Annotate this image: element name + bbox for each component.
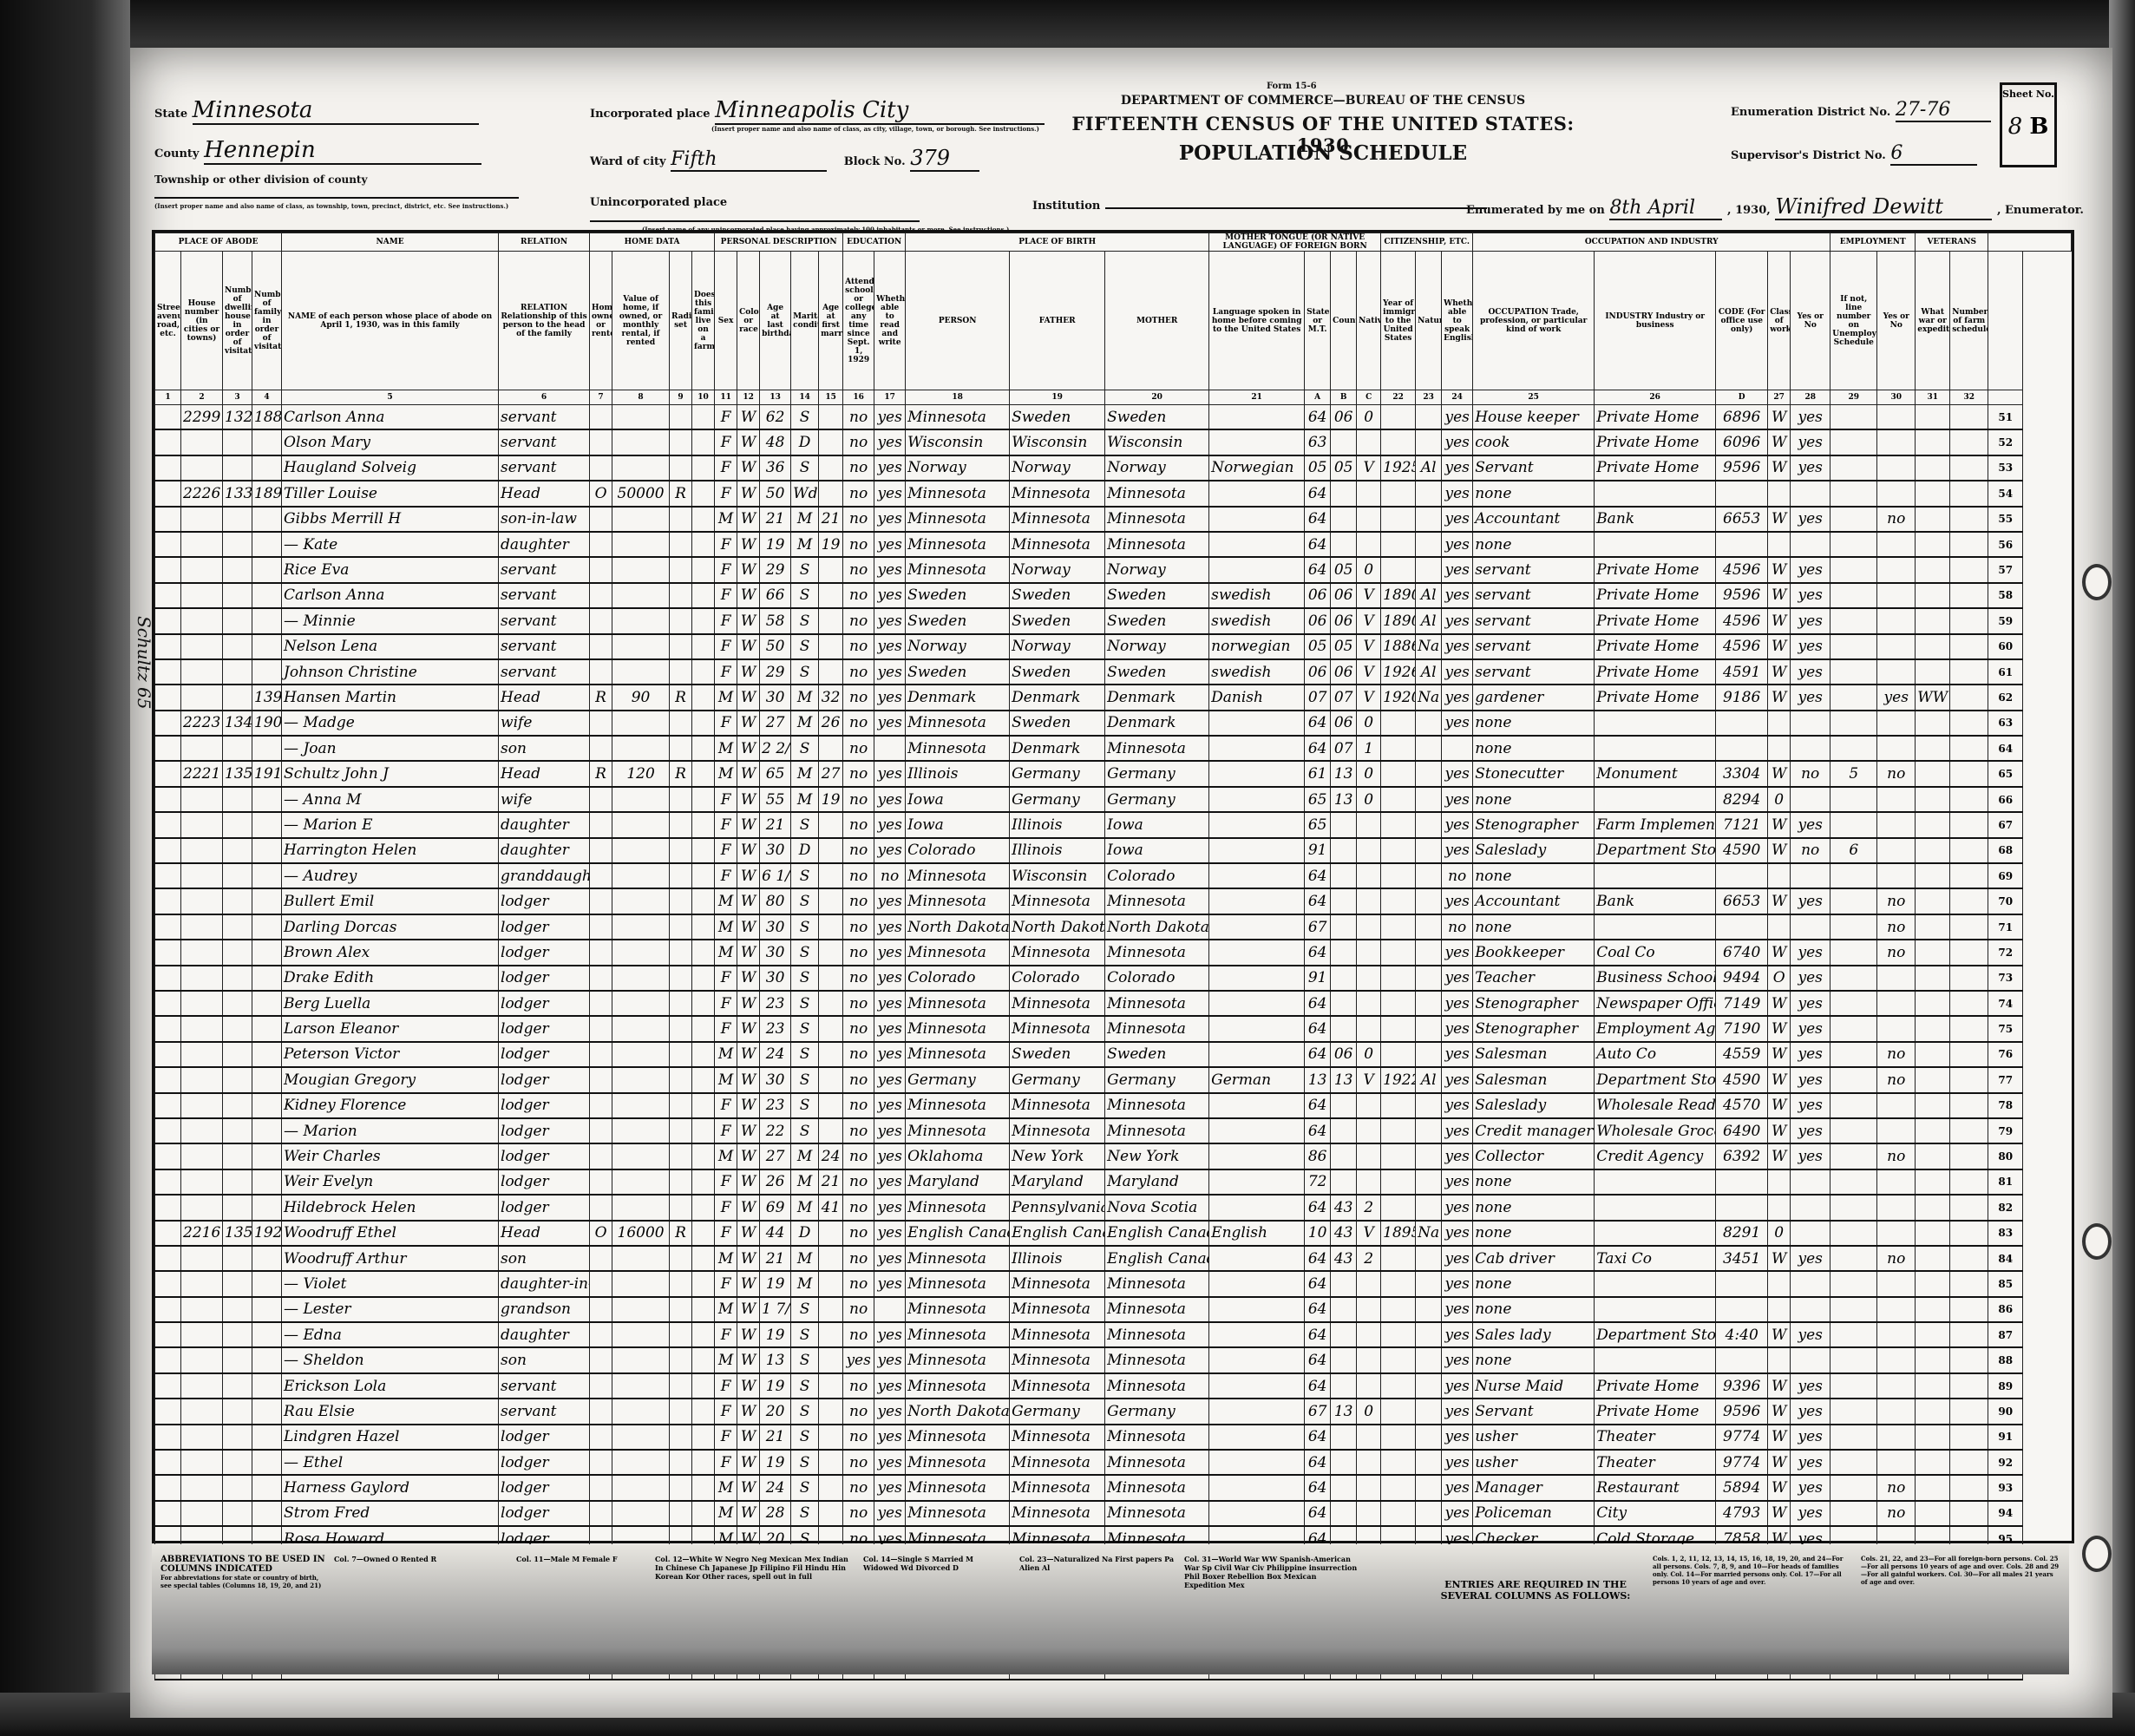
cell-value	[612, 1067, 670, 1092]
cell-code: 6740	[1716, 940, 1768, 965]
cell-emp	[1791, 1297, 1830, 1322]
cell-immig	[1381, 787, 1416, 812]
cell-eng: yes	[1442, 1322, 1473, 1347]
cell-bp-m: Colorado	[1105, 966, 1209, 991]
column-header: Whether able to speak English	[1442, 252, 1473, 390]
cell-farm	[692, 1450, 715, 1475]
cell-immig	[1381, 711, 1416, 736]
cell-read: yes	[874, 838, 906, 863]
cell-race: W	[737, 736, 760, 761]
cell-ind	[1595, 914, 1716, 940]
cell-read	[874, 736, 906, 761]
cell-lang	[1209, 1016, 1305, 1041]
cell-relation: lodger	[499, 940, 590, 965]
cell-radio	[670, 991, 692, 1016]
department-title: DEPARTMENT OF COMMERCE—BUREAU OF THE CEN…	[1080, 94, 1566, 108]
cell-lang	[1209, 1322, 1305, 1347]
cell-age-marr: 32	[819, 685, 843, 710]
cell-school: no	[843, 583, 874, 608]
cell-radio	[670, 1042, 692, 1067]
cell-emp	[1791, 1195, 1830, 1220]
cell-cc	[1357, 914, 1381, 940]
cell-school: no	[843, 1067, 874, 1092]
cell-farm	[692, 1501, 715, 1526]
column-header: Country	[1331, 252, 1357, 390]
cell-radio	[670, 1501, 692, 1526]
cell-relation: lodger	[499, 1118, 590, 1143]
cell-cc	[1357, 1297, 1381, 1322]
cell-bp: Minnesota	[906, 1347, 1010, 1372]
sheet-side: B	[2029, 114, 2048, 140]
cell-street	[155, 1221, 181, 1246]
cell-war	[1916, 1475, 1950, 1500]
cell-school: no	[843, 1143, 874, 1169]
cell-bp-m: English Canada	[1105, 1246, 1209, 1271]
cell-ind	[1595, 787, 1716, 812]
cell-ca: 64	[1305, 863, 1331, 888]
cell-race: W	[737, 1425, 760, 1450]
cell-value	[612, 1016, 670, 1041]
cell-bp: Minnesota	[906, 507, 1010, 532]
cell-cc: V	[1357, 634, 1381, 659]
cell-sex: F	[715, 1399, 737, 1424]
cell-code: 8291	[1716, 1221, 1768, 1246]
cell-family	[252, 1297, 282, 1322]
cell-sex: M	[715, 888, 737, 914]
cell-emp: yes	[1791, 812, 1830, 837]
cell-age: 23	[760, 991, 791, 1016]
cell-marital: S	[791, 1016, 819, 1041]
cell-race: W	[737, 1322, 760, 1347]
cell-value	[612, 1322, 670, 1347]
cell-ind	[1595, 1195, 1716, 1220]
cell-cc: V	[1357, 1221, 1381, 1246]
line-number: 56	[1988, 532, 2023, 557]
cell-nat	[1416, 863, 1442, 888]
cell-radio	[670, 583, 692, 608]
cell-bp-m: Sweden	[1105, 583, 1209, 608]
cell-radio	[670, 888, 692, 914]
cell-name: Weir Charles	[282, 1143, 499, 1169]
cell-value	[612, 940, 670, 965]
cell-sex: F	[715, 429, 737, 455]
cell-dwelling	[223, 1016, 252, 1041]
cell-radio	[670, 608, 692, 633]
cell-street	[155, 557, 181, 582]
cell-race: W	[737, 940, 760, 965]
cell-bp-m: Minnesota	[1105, 1475, 1209, 1500]
cell-cc: V	[1357, 659, 1381, 685]
cell-read: yes	[874, 1450, 906, 1475]
cell-marital: M	[791, 532, 819, 557]
cell-read	[874, 1297, 906, 1322]
cell-relation: servant	[499, 659, 590, 685]
cell-ind: Private Home	[1595, 429, 1716, 455]
cell-own	[590, 991, 612, 1016]
cell-name: Tiller Louise	[282, 481, 499, 506]
cell-occ: House keeper	[1473, 405, 1595, 430]
cell-ca: 91	[1305, 966, 1331, 991]
abbrev-title: ABBREVIATIONS TO BE USED IN COLUMNS INDI…	[160, 1555, 325, 1574]
cell-ca: 05	[1305, 634, 1331, 659]
cell-family	[252, 1425, 282, 1450]
cell-marital: S	[791, 1118, 819, 1143]
cell-read: yes	[874, 608, 906, 633]
cell-cls: W	[1768, 1067, 1791, 1092]
cell-age: 19	[760, 1373, 791, 1399]
cell-nat	[1416, 1195, 1442, 1220]
cell-bp-f: English Canada	[1010, 1221, 1105, 1246]
cell-radio	[670, 1297, 692, 1322]
cell-cls: W	[1768, 1143, 1791, 1169]
cell-farm	[692, 888, 715, 914]
cell-street	[155, 1118, 181, 1143]
cell-code	[1716, 736, 1768, 761]
cell-bp-f: Germany	[1010, 787, 1105, 812]
cell-bp-m: Minnesota	[1105, 940, 1209, 965]
county-value: Hennepin	[204, 137, 481, 165]
cell-eng: no	[1442, 914, 1473, 940]
cell-sex: F	[715, 405, 737, 430]
cell-sex: F	[715, 1373, 737, 1399]
cell-lang: English	[1209, 1221, 1305, 1246]
cell-vet	[1877, 736, 1916, 761]
cell-house	[181, 966, 223, 991]
cell-radio	[670, 405, 692, 430]
cell-occ: Salesman	[1473, 1042, 1595, 1067]
table-row: Olson MaryservantFW48DnoyesWisconsinWisc…	[155, 429, 2072, 455]
cell-street	[155, 1322, 181, 1347]
cell-nat: Al	[1416, 608, 1442, 633]
cell-vet: no	[1877, 940, 1916, 965]
cell-age: 21	[760, 1246, 791, 1271]
column-header: Color or race	[737, 252, 760, 390]
cell-vet	[1877, 1347, 1916, 1372]
column-number: 26	[1595, 390, 1716, 405]
column-header: Class of worker	[1768, 252, 1791, 390]
cell-bp-f: Wisconsin	[1010, 429, 1105, 455]
enumerator-name: Winifred Dewitt	[1775, 194, 1992, 220]
cell-read: yes	[874, 1425, 906, 1450]
cell-cls	[1768, 736, 1791, 761]
cell-eng: yes	[1442, 1093, 1473, 1118]
cell-ind	[1595, 1169, 1716, 1195]
cell-sex: F	[715, 634, 737, 659]
cell-lang	[1209, 1399, 1305, 1424]
cell-occ: Nurse Maid	[1473, 1373, 1595, 1399]
cell-family	[252, 1347, 282, 1372]
cell-sex: M	[715, 1246, 737, 1271]
cell-war	[1916, 736, 1950, 761]
cell-radio	[670, 1195, 692, 1220]
entries-a: Cols. 1, 2, 11, 12, 13, 14, 15, 16, 18, …	[1653, 1555, 1852, 1586]
cell-cc	[1357, 863, 1381, 888]
cell-race: W	[737, 532, 760, 557]
table-row: Mougian GregorylodgerMW30SnoyesGermanyGe…	[155, 1067, 2072, 1092]
cell-ca: 64	[1305, 1271, 1331, 1296]
cell-vet	[1877, 787, 1916, 812]
cell-cc: 0	[1357, 557, 1381, 582]
cell-eng: yes	[1442, 787, 1473, 812]
cell-vet	[1877, 659, 1916, 685]
cell-vet: no	[1877, 914, 1916, 940]
cell-farm	[692, 711, 715, 736]
line-number: 94	[1988, 1501, 2023, 1526]
cell-house	[181, 787, 223, 812]
cell-occ: Policeman	[1473, 1501, 1595, 1526]
cell-cc: 0	[1357, 711, 1381, 736]
cell-age-marr	[819, 583, 843, 608]
cell-school: no	[843, 608, 874, 633]
cell-bp: English Canada	[906, 1221, 1010, 1246]
line-number: 74	[1988, 991, 2023, 1016]
cell-value	[612, 405, 670, 430]
cell-occ: Bookkeeper	[1473, 940, 1595, 965]
cell-bp-m: Minnesota	[1105, 1425, 1209, 1450]
cell-unemp	[1830, 455, 1877, 481]
table-row: — AudreygranddaughterFW6 1/2SnonoMinneso…	[155, 863, 2072, 888]
cell-own	[590, 940, 612, 965]
cell-own	[590, 1195, 612, 1220]
cell-own	[590, 1016, 612, 1041]
cell-lang	[1209, 838, 1305, 863]
cell-occ: none	[1473, 736, 1595, 761]
cell-nat	[1416, 1093, 1442, 1118]
cell-age: 29	[760, 659, 791, 685]
cell-value	[612, 557, 670, 582]
cell-read: yes	[874, 1016, 906, 1041]
cell-school: no	[843, 736, 874, 761]
cell-farmno	[1950, 608, 1988, 633]
cell-farmno	[1950, 1169, 1988, 1195]
cell-age-marr	[819, 1475, 843, 1500]
line-number: 79	[1988, 1118, 2023, 1143]
cell-war	[1916, 1271, 1950, 1296]
cell-house	[181, 1450, 223, 1475]
cell-cb	[1331, 532, 1357, 557]
cell-bp-m: Minnesota	[1105, 1322, 1209, 1347]
cell-cb: 05	[1331, 634, 1357, 659]
cell-sex: F	[715, 1169, 737, 1195]
cell-occ: Cab driver	[1473, 1246, 1595, 1271]
cell-age-marr	[819, 429, 843, 455]
cell-occ: Stenographer	[1473, 1016, 1595, 1041]
cell-school: no	[843, 1016, 874, 1041]
cell-bp-m: Minnesota	[1105, 991, 1209, 1016]
cell-lang	[1209, 1475, 1305, 1500]
cell-marital: M	[791, 711, 819, 736]
cell-vet	[1877, 1271, 1916, 1296]
table-row: Harness GaylordlodgerMW24SnoyesMinnesota…	[155, 1475, 2072, 1500]
cell-family	[252, 608, 282, 633]
column-number: 28	[1791, 390, 1830, 405]
cell-house: 2299	[181, 405, 223, 430]
cell-own	[590, 966, 612, 991]
column-number: 15	[819, 390, 843, 405]
cell-house	[181, 1347, 223, 1372]
cell-family	[252, 1475, 282, 1500]
table-row: Larson EleanorlodgerFW23SnoyesMinnesotaM…	[155, 1016, 2072, 1041]
cell-marital: S	[791, 812, 819, 837]
cell-radio	[670, 1016, 692, 1041]
cell-ind: Business School	[1595, 966, 1716, 991]
cell-sex: F	[715, 557, 737, 582]
cell-vet: yes	[1877, 685, 1916, 710]
cell-unemp	[1830, 1322, 1877, 1347]
column-group-header: EMPLOYMENT	[1830, 233, 1916, 252]
incorporated-value: Minneapolis City	[715, 97, 1045, 125]
cell-street	[155, 991, 181, 1016]
cell-street	[155, 1143, 181, 1169]
cell-street	[155, 429, 181, 455]
cell-age-marr: 19	[819, 532, 843, 557]
cell-lang	[1209, 1143, 1305, 1169]
cell-marital: S	[791, 888, 819, 914]
cell-unemp	[1830, 940, 1877, 965]
cell-emp: yes	[1791, 966, 1830, 991]
cell-race: W	[737, 1221, 760, 1246]
cell-cc	[1357, 1271, 1381, 1296]
cell-cls: W	[1768, 1475, 1791, 1500]
cell-ind	[1595, 481, 1716, 506]
cell-ca: 64	[1305, 888, 1331, 914]
column-header: INDUSTRY Industry or business	[1595, 252, 1716, 390]
cell-ca: 64	[1305, 557, 1331, 582]
table-row: Johnson ChristineservantFW29SnoyesSweden…	[155, 659, 2072, 685]
cell-read: yes	[874, 1271, 906, 1296]
cell-cls: W	[1768, 1373, 1791, 1399]
cell-cb: 05	[1331, 455, 1357, 481]
cell-cls: W	[1768, 1042, 1791, 1067]
cell-sex: F	[715, 838, 737, 863]
cell-age: 48	[760, 429, 791, 455]
cell-immig	[1381, 1042, 1416, 1067]
cell-own	[590, 583, 612, 608]
col11-key: Col. 11—Male M Female F	[516, 1555, 646, 1563]
cell-lang	[1209, 1169, 1305, 1195]
cell-cb	[1331, 1297, 1357, 1322]
cell-street	[155, 1246, 181, 1271]
cell-war	[1916, 991, 1950, 1016]
cell-family	[252, 1450, 282, 1475]
cell-cc: V	[1357, 455, 1381, 481]
cell-unemp	[1830, 583, 1877, 608]
cell-emp	[1791, 1347, 1830, 1372]
cell-house	[181, 608, 223, 633]
cell-bp-f: Minnesota	[1010, 481, 1105, 506]
cell-immig: 1890	[1381, 583, 1416, 608]
table-row: — EdnadaughterFW19SnoyesMinnesotaMinneso…	[155, 1322, 2072, 1347]
cell-name: Bullert Emil	[282, 888, 499, 914]
cell-school: no	[843, 481, 874, 506]
column-header: Number of family in order of visitation	[252, 252, 282, 390]
cell-cc	[1357, 481, 1381, 506]
cell-farm	[692, 1118, 715, 1143]
cell-farmno	[1950, 888, 1988, 914]
cell-race: W	[737, 634, 760, 659]
cell-own	[590, 914, 612, 940]
cell-age-marr: 41	[819, 1195, 843, 1220]
cell-marital: S	[791, 1399, 819, 1424]
cell-house	[181, 1042, 223, 1067]
cell-vet: no	[1877, 888, 1916, 914]
cell-ind: Private Home	[1595, 405, 1716, 430]
cell-unemp	[1830, 812, 1877, 837]
cell-cb	[1331, 812, 1357, 837]
cell-immig	[1381, 1118, 1416, 1143]
cell-war	[1916, 761, 1950, 786]
cell-name: — Marion	[282, 1118, 499, 1143]
cell-read: yes	[874, 1475, 906, 1500]
cell-immig: 1922	[1381, 1067, 1416, 1092]
cell-school: no	[843, 1093, 874, 1118]
cell-own	[590, 711, 612, 736]
cell-occ: Stenographer	[1473, 991, 1595, 1016]
abbrev-note: For abbreviations for state or country o…	[160, 1574, 325, 1589]
cell-farm	[692, 1271, 715, 1296]
cell-occ: none	[1473, 1347, 1595, 1372]
cell-relation: servant	[499, 405, 590, 430]
cell-bp-f: Minnesota	[1010, 940, 1105, 965]
cell-sex: F	[715, 863, 737, 888]
cell-farmno	[1950, 812, 1988, 837]
cell-family	[252, 634, 282, 659]
column-number: 9	[670, 390, 692, 405]
cell-age-marr	[819, 608, 843, 633]
cell-sex: M	[715, 1347, 737, 1372]
cell-bp-f: Pennsylvania	[1010, 1195, 1105, 1220]
cell-immig: 1920	[1381, 685, 1416, 710]
cell-cls: W	[1768, 838, 1791, 863]
table-row: — MinnieservantFW58SnoyesSwedenSwedenSwe…	[155, 608, 2072, 633]
cell-age-marr	[819, 634, 843, 659]
cell-read: yes	[874, 1373, 906, 1399]
cell-relation: lodger	[499, 1042, 590, 1067]
col12-key: Col. 12—White W Negro Neg Mexican Mex In…	[655, 1555, 855, 1581]
column-header: House number (in cities or towns)	[181, 252, 223, 390]
cell-age-marr	[819, 1501, 843, 1526]
cell-radio	[670, 532, 692, 557]
cell-code	[1716, 914, 1768, 940]
cell-sex: F	[715, 991, 737, 1016]
cell-dwelling	[223, 787, 252, 812]
cell-bp-m: Maryland	[1105, 1169, 1209, 1195]
cell-age-marr	[819, 991, 843, 1016]
table-row: Brown AlexlodgerMW30SnoyesMinnesotaMinne…	[155, 940, 2072, 965]
cell-vet: no	[1877, 1475, 1916, 1500]
cell-farm	[692, 634, 715, 659]
cell-marital: S	[791, 634, 819, 659]
cell-ind: Department Store	[1595, 1067, 1716, 1092]
cell-emp: yes	[1791, 1501, 1830, 1526]
column-number: 6	[499, 390, 590, 405]
cell-bp-f: Illinois	[1010, 812, 1105, 837]
cell-relation: servant	[499, 634, 590, 659]
cell-read: yes	[874, 659, 906, 685]
cell-read: yes	[874, 1322, 906, 1347]
cell-dwelling	[223, 1347, 252, 1372]
cell-emp: no	[1791, 761, 1830, 786]
line-number: 68	[1988, 838, 2023, 863]
cell-school: no	[843, 1399, 874, 1424]
cell-read: yes	[874, 1042, 906, 1067]
cell-own	[590, 787, 612, 812]
cell-bp-m: Minnesota	[1105, 1347, 1209, 1372]
cell-occ: Salesman	[1473, 1067, 1595, 1092]
cell-read: yes	[874, 507, 906, 532]
cell-dwelling	[223, 940, 252, 965]
cell-nat	[1416, 966, 1442, 991]
